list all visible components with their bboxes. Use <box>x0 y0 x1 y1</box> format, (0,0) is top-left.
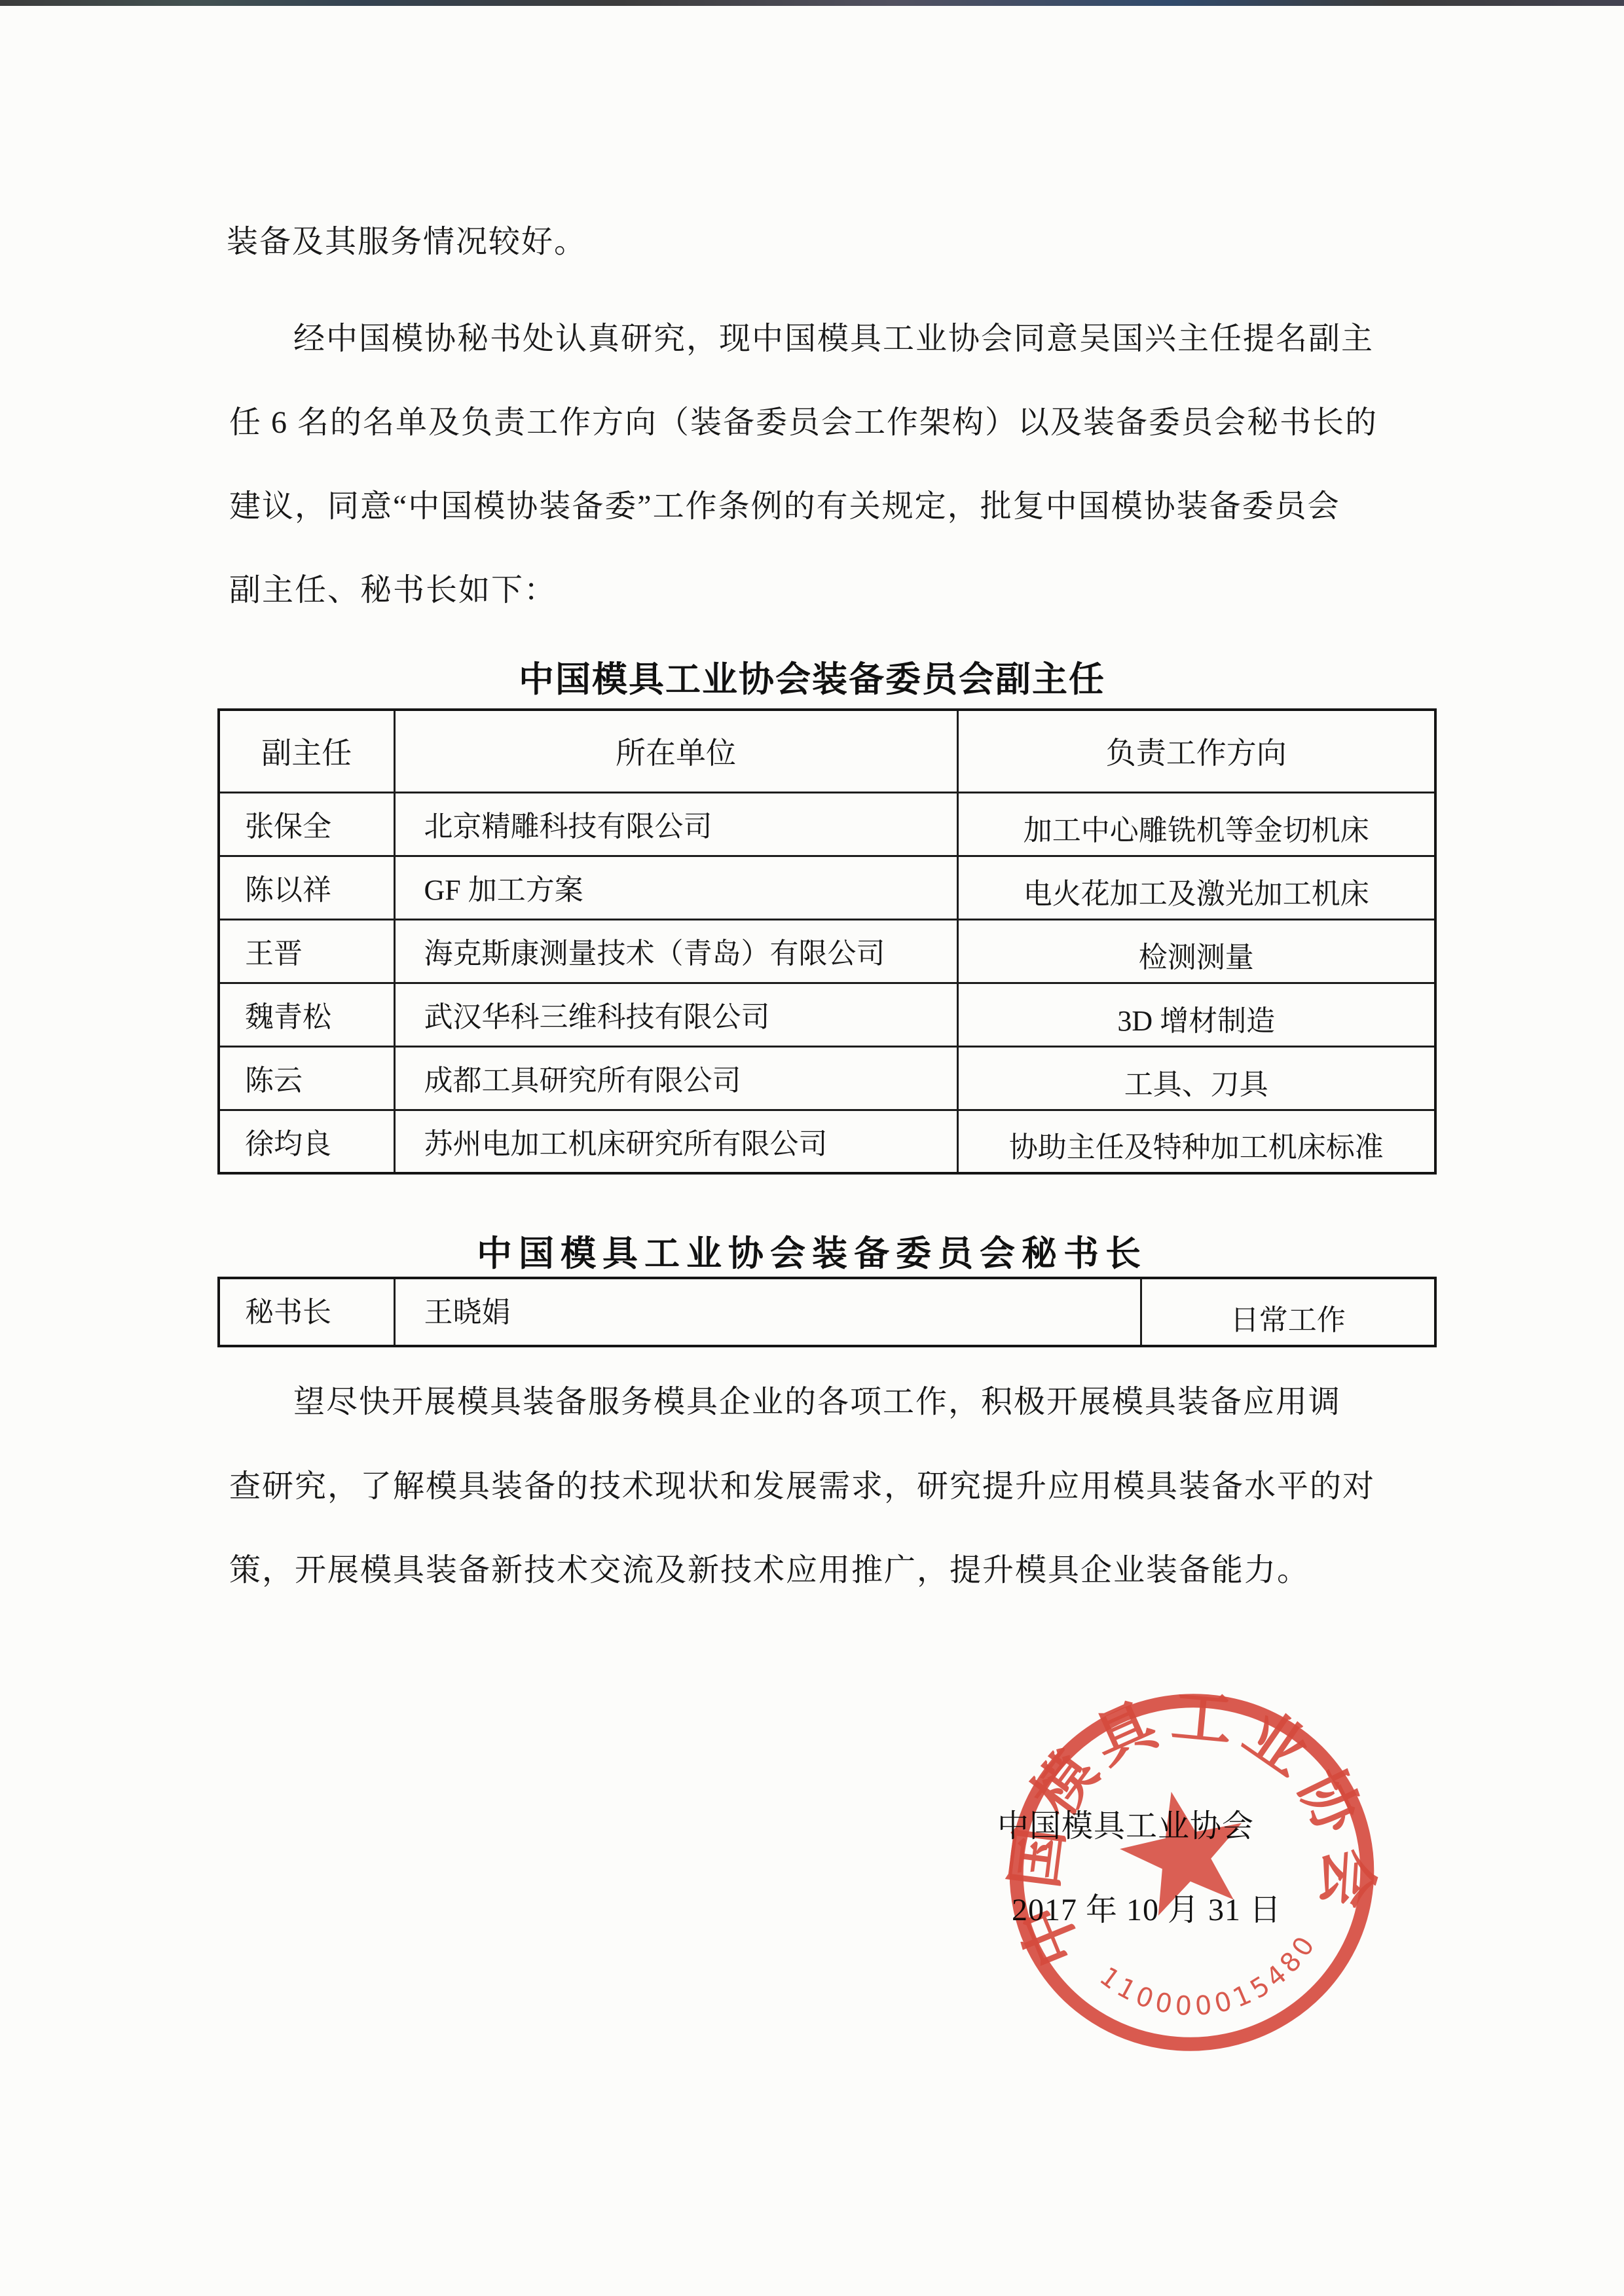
paragraph2-line2: 查研究，了解模具装备的技术现状和发展需求，研究提升应用模具装备水平的对 <box>229 1461 1375 1506</box>
member-org: 海克斯康测量技术（青岛）有限公司 <box>394 919 957 983</box>
paragraph1-line3: 建议，同意“中国模协装备委”工作条例的有关规定，批复中国模协装备委员会 <box>229 481 1340 526</box>
table-row: 陈云 成都工具研究所有限公司 工具、刀具 <box>219 1046 1435 1110</box>
table-row: 魏青松 武汉华科三维科技有限公司 3D 增材制造 <box>219 983 1435 1046</box>
member-name: 张保全 <box>219 792 394 856</box>
col-header-role: 副主任 <box>219 710 394 792</box>
paragraph1-line1: 经中国模协秘书处认真研究，现中国模具工业协会同意吴国兴主任提名副主 <box>293 313 1374 358</box>
member-org: 武汉华科三维科技有限公司 <box>394 983 957 1046</box>
member-duty: 3D 增材制造 <box>957 983 1435 1046</box>
table-row: 陈以祥 GF 加工方案 电火花加工及激光加工机床 <box>219 856 1435 919</box>
seal-star-icon <box>1111 1779 1257 1920</box>
paragraph2-line1: 望尽快开展模具装备服务模具企业的各项工作，积极开展模具装备应用调 <box>293 1376 1341 1421</box>
table2-title: 中国模具工业协会装备委员会秘书长 <box>0 1226 1624 1276</box>
paragraph1-line2: 任 6 名的名单及负责工作方向（装备委员会工作架构）以及装备委员会秘书长的 <box>229 397 1378 442</box>
member-name: 陈云 <box>219 1046 394 1110</box>
table-row: 徐均良 苏州电加工机床研究所有限公司 协助主任及特种加工机床标准 <box>219 1110 1435 1173</box>
col-header-org: 所在单位 <box>394 710 957 792</box>
table1-title: 中国模具工业协会装备委员会副主任 <box>0 651 1624 702</box>
member-org: 成都工具研究所有限公司 <box>394 1046 957 1110</box>
vice-chairmen-table: 副主任 所在单位 负责工作方向 张保全 北京精雕科技有限公司 加工中心雕铣机等金… <box>217 708 1437 1175</box>
scan-artifact-top <box>0 0 1624 6</box>
secretary-role: 秘书长 <box>219 1278 394 1346</box>
member-name: 王晋 <box>219 919 394 983</box>
table-header-row: 副主任 所在单位 负责工作方向 <box>219 710 1435 792</box>
member-name: 陈以祥 <box>219 856 394 919</box>
member-name: 魏青松 <box>219 983 394 1046</box>
member-duty: 电火花加工及激光加工机床 <box>957 856 1435 919</box>
table-row: 秘书长 王晓娟 日常工作 <box>219 1278 1435 1346</box>
member-duty: 工具、刀具 <box>957 1046 1435 1110</box>
member-duty: 协助主任及特种加工机床标准 <box>957 1110 1435 1173</box>
official-seal: 中国模具工业协会 1100000154809 <box>976 1656 1408 2088</box>
secretary-duty: 日常工作 <box>1141 1278 1435 1346</box>
member-duty: 检测测量 <box>957 919 1435 983</box>
col-header-duty: 负责工作方向 <box>957 710 1435 792</box>
table-row: 王晋 海克斯康测量技术（青岛）有限公司 检测测量 <box>219 919 1435 983</box>
member-duty: 加工中心雕铣机等金切机床 <box>957 792 1435 856</box>
paragraph1-line4: 副主任、秘书长如下： <box>229 564 557 610</box>
member-org: GF 加工方案 <box>394 856 957 919</box>
document-page: 装备及其服务情况较好。 经中国模协秘书处认真研究，现中国模具工业协会同意吴国兴主… <box>0 0 1624 2296</box>
secretary-table: 秘书长 王晓娟 日常工作 <box>217 1277 1437 1347</box>
secretary-name: 王晓娟 <box>394 1278 1141 1346</box>
member-org: 苏州电加工机床研究所有限公司 <box>394 1110 957 1173</box>
member-org: 北京精雕科技有限公司 <box>394 792 957 856</box>
intro-line: 装备及其服务情况较好。 <box>227 216 587 261</box>
table-row: 张保全 北京精雕科技有限公司 加工中心雕铣机等金切机床 <box>219 792 1435 856</box>
member-name: 徐均良 <box>219 1110 394 1173</box>
paragraph2-line3: 策，开展模具装备新技术交流及新技术应用推广，提升模具企业装备能力。 <box>229 1544 1310 1590</box>
